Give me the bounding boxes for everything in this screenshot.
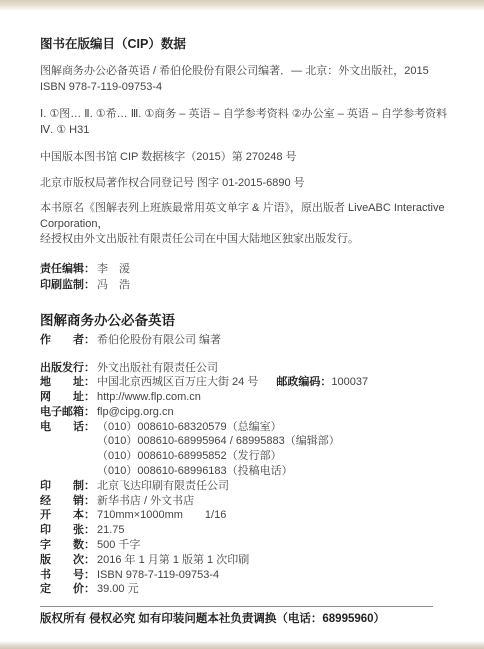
pub-row-value: http://www.flp.com.cn	[97, 391, 201, 403]
cip-class-line2: Ⅳ. ① H31	[40, 124, 89, 136]
pub-row-value: 21.75	[97, 524, 125, 536]
pub-row-value: 2016 年 1 月第 1 版第 1 次印刷	[97, 554, 249, 566]
pub-row-email: 电子邮箱：flp@cipg.org.cn	[40, 405, 464, 420]
pub-row-label: 书 号：	[40, 568, 97, 583]
copyright-registration-line: 北京市版权局著作权合同登记号 图字 01-2015-6890 号	[40, 176, 464, 192]
pub-row-value: 北京飞达印刷有限责任公司	[97, 480, 229, 492]
pub-row-label: 版 次：	[40, 553, 97, 568]
cip-record-line: 图解商务办公必备英语 / 希伯伦股份有限公司编著．— 北京：外文出版社，2015	[40, 65, 429, 77]
pub-row-value: ISBN 978-7-119-09753-4	[97, 569, 219, 581]
pub-row-value: 中国北京西城区百万庄大街 24 号	[97, 376, 258, 388]
cip-isbn-line: ISBN 978-7-119-09753-4	[40, 81, 162, 93]
publication-details: 出版发行：外文出版社有限责任公司 地 址：中国北京西城区百万庄大街 24 号邮政…	[40, 361, 464, 598]
pub-row-label: 印 张：	[40, 523, 97, 538]
pub-row-phone-3: （010）008610-68995852（发行部）	[40, 449, 464, 464]
pub-row-label: 电子邮箱：	[40, 405, 97, 420]
pub-row-phone-2: （010）008610-68995964 / 68995883（编辑部）	[40, 434, 464, 449]
pub-row-label: 经 销：	[40, 494, 97, 509]
author-value: 希伯伦股份有限公司 编著	[97, 334, 221, 346]
staff-credits: 责任编辑：李 湲 印刷监制：冯 浩	[40, 261, 464, 293]
pub-row-publisher: 出版发行：外文出版社有限责任公司	[40, 361, 464, 376]
pub-row-format: 开 本：710mm×1000mm 1/16	[40, 508, 464, 523]
pub-row-value: （010）008610-68320579（总编室）	[97, 421, 282, 433]
copyright-page: 图书在版编目（CIP）数据 图解商务办公必备英语 / 希伯伦股份有限公司编著．—…	[0, 11, 484, 627]
author-row: 作 者：希伯伦股份有限公司 编著	[40, 332, 464, 348]
pub-row-website: 网 址：http://www.flp.com.cn	[40, 390, 464, 405]
pub-row-label: 电 话：	[40, 420, 97, 435]
cip-registry-line: 中国版本图书馆 CIP 数据核字（2015）第 270248 号	[40, 150, 464, 166]
pub-row-value: 外文出版社有限责任公司	[97, 362, 218, 374]
staff-row-label: 印刷监制：	[40, 277, 97, 293]
original-edition-note: 本书原名《图解表列上班族最常用英文单字 & 片语》，原出版者 LiveABC I…	[40, 201, 464, 248]
pub-row-label: 印 制：	[40, 479, 97, 494]
cip-classification: Ⅰ. ①图… Ⅱ. ①希… Ⅲ. ①商务 – 英语 – 自学参考资料 ②办公室 …	[40, 107, 464, 138]
pub-row-value: （010）008610-68996183（投稿电话）	[97, 465, 293, 477]
pub-row-price: 定 价：39.00 元	[40, 582, 464, 597]
pub-row-sheets: 印 张：21.75	[40, 523, 464, 538]
pub-row-value: flp@cipg.org.cn	[97, 406, 174, 418]
pub-row-value: 710mm×1000mm 1/16	[97, 509, 226, 521]
staff-row-value: 李 湲	[97, 263, 130, 275]
author-label: 作 者：	[40, 332, 97, 348]
pub-row-edition: 版 次：2016 年 1 月第 1 版第 1 次印刷	[40, 553, 464, 568]
footer-divider	[40, 606, 433, 607]
pub-row-label: 地 址：	[40, 375, 97, 390]
staff-row-value: 冯 浩	[97, 279, 130, 291]
staff-row-print-supervisor: 印刷监制：冯 浩	[40, 277, 464, 293]
staff-row-label: 责任编辑：	[40, 261, 97, 277]
original-edition-line2: 经授权由外文出版社有限责任公司在中国大陆地区独家出版发行。	[40, 233, 359, 245]
pub-row-value: 39.00 元	[97, 583, 139, 595]
pub-row-address: 地 址：中国北京西城区百万庄大街 24 号邮政编码：100037	[40, 375, 464, 390]
book-title: 图解商务办公必备英语	[40, 312, 464, 330]
pub-row-label: 开 本：	[40, 508, 97, 523]
copyright-notice: 版权所有 侵权必究 如有印装问题本社负责调换（电话：68995960）	[40, 611, 464, 627]
page-top-edge	[0, 0, 484, 11]
pub-row-isbn: 书 号：ISBN 978-7-119-09753-4	[40, 568, 464, 583]
pub-row-label: 定 价：	[40, 582, 97, 597]
pub-row-phone-4: （010）008610-68996183（投稿电话）	[40, 464, 464, 479]
postal-code-label: 邮政编码：	[276, 376, 331, 388]
cip-heading: 图书在版编目（CIP）数据	[40, 36, 464, 52]
pub-row-printer: 印 制：北京飞达印刷有限责任公司	[40, 479, 464, 494]
pub-row-value: 500 千字	[97, 539, 140, 551]
page-bottom-edge	[0, 641, 484, 649]
pub-row-wordcount: 字 数：500 千字	[40, 538, 464, 553]
original-edition-line1: 本书原名《图解表列上班族最常用英文单字 & 片语》，原出版者 LiveABC I…	[40, 202, 445, 230]
cip-class-line1: Ⅰ. ①图… Ⅱ. ①希… Ⅲ. ①商务 – 英语 – 自学参考资料 ②办公室 …	[40, 108, 447, 120]
pub-row-value: 新华书店 / 外文书店	[97, 495, 194, 507]
pub-row-value: （010）008610-68995964 / 68995883（编辑部）	[97, 435, 340, 447]
cip-record: 图解商务办公必备英语 / 希伯伦股份有限公司编著．— 北京：外文出版社，2015…	[40, 64, 464, 95]
pub-row-label: 字 数：	[40, 538, 97, 553]
pub-row-phone-1: 电 话：（010）008610-68320579（总编室）	[40, 420, 464, 435]
pub-row-value: （010）008610-68995852（发行部）	[97, 450, 282, 462]
postal-code-value: 100037	[331, 376, 368, 388]
staff-row-editor: 责任编辑：李 湲	[40, 261, 464, 277]
pub-row-distributor: 经 销：新华书店 / 外文书店	[40, 494, 464, 509]
pub-row-label: 出版发行：	[40, 361, 97, 376]
pub-row-label: 网 址：	[40, 390, 97, 405]
